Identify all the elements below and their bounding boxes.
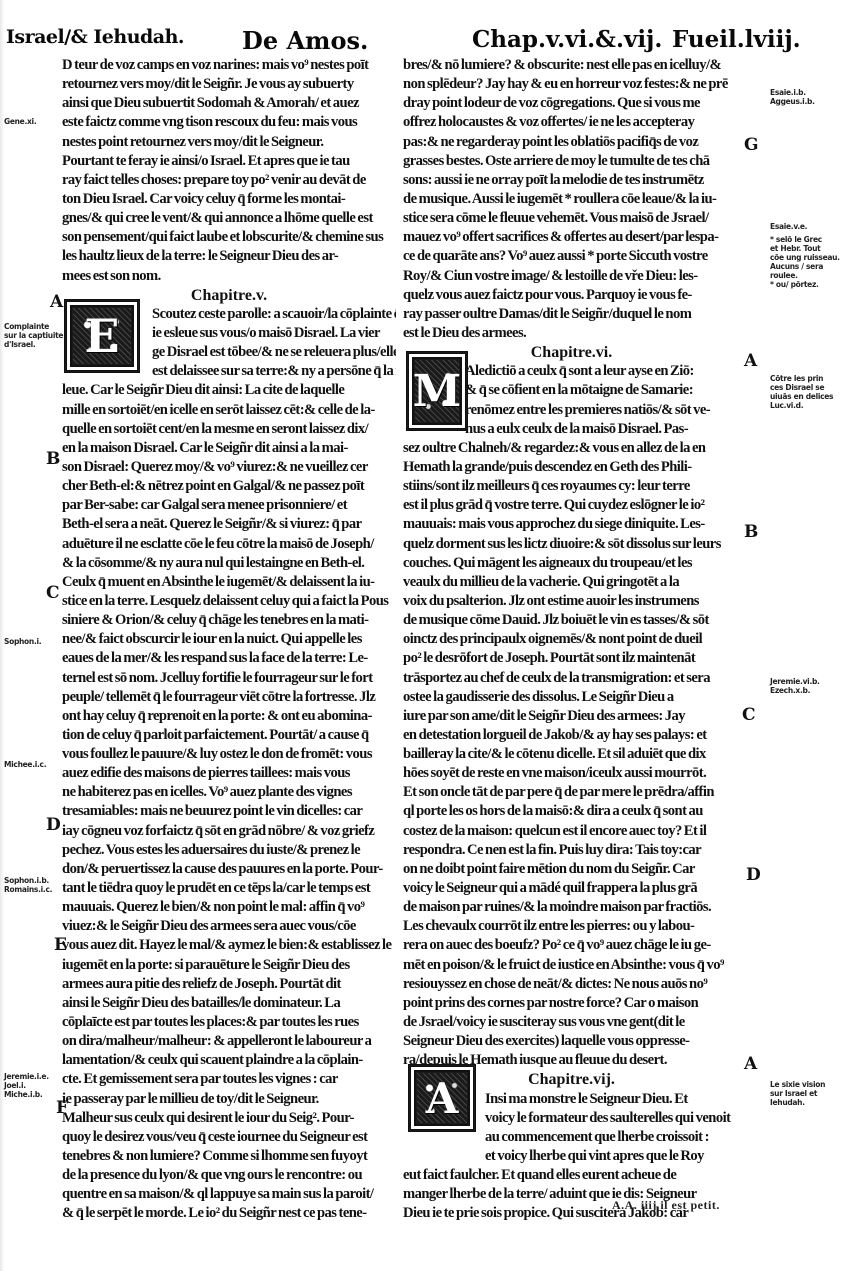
section-marker-letter: D [746,865,761,885]
text-line: ce de quarāte ans? Vo⁹ auez aussi * port… [403,247,740,266]
margin-note-right: * selō le Grec et Hebr. Tout cōe ung rui… [770,235,840,289]
text-line: de maison par ruines/& la moindre maison… [403,898,740,917]
section-marker-letter: A [50,292,63,312]
text-line: ne habiterez pas en icelles. Vo⁹ auez pl… [62,783,396,802]
section-marker-letter: E [54,935,67,955]
text-line: en detestation lorgueil de Jakob/& ay ha… [403,726,740,745]
section-marker-letter: C [46,583,60,603]
text-line: Beth-el sera a neāt. Querez le Seigñr/& … [62,515,396,534]
text-line: on ne doibt point faire mētion du nom du… [403,860,740,879]
text-line: ql porte les os hors de la maisō:& dira … [403,802,740,821]
text-line: tion de celuy q̄ parloit parfaictement. … [62,726,396,745]
text-line: pechez. Vous estes les aduersaires du iu… [62,841,396,860]
running-head-book-title: De Amos. [242,26,368,55]
text-line: sez oultre Chalneh/& regardez:& vous en … [403,439,740,458]
text-line: nee/& faict obscurcir le iour en la nuic… [62,630,396,649]
text-line: siniere & Orion/& celuy q̄ chāge les ten… [62,611,396,630]
text-line: ray faict telles choses: prepare toy po²… [62,171,396,190]
folio-number: Fueil.lviij. [672,26,801,53]
text-line: respondra. Ce nen est la fin. Puis luy d… [403,841,740,860]
book-page: Israel/& Iehudah. De Amos. Chap.v.vi.&.v… [0,0,843,1271]
text-line: este faictz comme vng tison rescoux du f… [62,113,396,132]
text-line: les haultz lieux de la terre: le Seigneu… [62,247,396,266]
drop-cap-chapter-5: E [64,299,140,373]
section-marker-letter: B [744,522,758,542]
text-line: resiouyssez en chose de neāt/& dictes: N… [403,975,740,994]
text-line: ternel est sō nom. Jcelluy fortifie le f… [62,669,396,688]
text-line: Pourtant te feray ie ainsi/o Israel. Et … [62,152,396,171]
text-line: gnes/& qui cree le vent/& qui annonce a … [62,209,396,228]
text-line: aduēture il ne esclatte cōe le feu cōtre… [62,535,396,554]
drop-cap-chapter-7: A [408,1064,476,1132]
text-line: auez edifie des maisons de pierres taill… [62,764,396,783]
text-line: retournez vers moy/dit le Seigñr. Je vou… [62,75,396,94]
running-head-left: Israel/& Iehudah. [6,26,184,48]
section-marker-letter: A [744,351,757,371]
section-marker-letter: G [744,135,759,155]
margin-note-right: Esaie.i.b. Aggeus.i.b. [770,88,815,106]
signature-catchword: A.A. iiij il est petit. [612,1198,720,1213]
text-line: quoy le desirez vous/veu q̄ ceste iourne… [62,1128,396,1147]
text-line: veaulx du millieu de la vacherie. Qui gr… [403,573,740,592]
text-line: dray point lodeur de voz cōgregations. Q… [403,94,740,113]
drop-cap-chapter-6: M [406,351,468,431]
text-line: de musique cōme Dauid. Jlz boiuēt le vin… [403,611,740,630]
text-line: hōes soyēt de reste en vne maison/iceulx… [403,764,740,783]
text-line: stice en la terre. Lesquelz delaissent c… [62,592,396,611]
left-text-column: D teur de voz camps en voz narines: mais… [62,56,396,1224]
text-line: costez de la maison: quelcun est il enco… [403,822,740,841]
text-line: viuez:& le Seigñr Dieu des armees sera a… [62,917,396,936]
text-line: nestes point retournez vers moy/dit le S… [62,133,396,152]
text-line: voix du psalterion. Jlz ont estime auoir… [403,592,740,611]
text-line: eaues de la mer/& les respand sus la fac… [62,649,396,668]
text-line: vous foullez le pauure/& luy ostez le do… [62,745,396,764]
text-line: non splēdeur? Jay hay & eu en horreur vo… [403,75,740,94]
text-line: sons: aussi ie ne orray poīt la melodie … [403,171,740,190]
section-marker-letter: F [56,1098,68,1118]
text-line: ont hay celuy q̄ reprenoit en la porte: … [62,707,396,726]
text-line: mauez vo⁹ offert sacrifices & offertes a… [403,228,740,247]
text-line: iay cōgneu voz forfaictz q̄ sōt en grād … [62,822,396,841]
drop-cap-letter: E [84,309,119,363]
text-line: offrez holocaustes & voz offertes/ ie ne… [403,113,740,132]
text-line: eut faict faulcher. Et quand elles euren… [403,1166,740,1185]
text-line: ainsi que Dieu subuertit Sodomah & Amora… [62,94,396,113]
margin-note-right: Le sixie vision sur Israel et Iehudah. [770,1080,825,1107]
text-line: de musique. Aussi le iugemēt * roullera … [403,190,740,209]
right-text-column: bres/& nō lumiere? & obscurite: nest ell… [403,56,740,1224]
text-line: peuple/ tellemēt q̄ le fourrageur viēt c… [62,688,396,707]
text-line: Et son oncle tāt de par pere q̄ de par m… [403,783,740,802]
margin-note-left: Sophon.i. [4,637,41,646]
text-line: on dira/malheur/malheur: & appelleront l… [62,1032,396,1051]
margin-note-right: Cōtre les prin ces Disrael se uiuās en d… [770,374,833,410]
text-line: & q̄ le serpēt le morde. Le io² du Seigñ… [62,1204,396,1223]
section-marker-letter: B [46,449,60,469]
text-line: quentre en sa maison/& ql lappuye sa mai… [62,1185,396,1204]
text-line: quelle en sortoiēt cent/en la mesme en s… [62,420,396,439]
section-marker-letter: A [744,1054,757,1074]
text-line: ainsi le Seigñr Dieu des batailles/le do… [62,994,396,1013]
text-line: po² le desrōfort de Joseph. Pourtāt sont… [403,649,740,668]
text-line: leue. Car le Seigñr Dieu dit ainsi: La c… [62,381,396,400]
margin-note-left: Jeremie.i.e. Joel.i. Miche.i.b. [4,1072,49,1099]
section-marker-letter: C [742,705,756,725]
text-line: Ceulx q̄ muent en Absinthe le iugemēt/& … [62,573,396,592]
text-line: cōplaīcte est par toutes les places:& pa… [62,1013,396,1032]
text-line: par Ber-sabe: car Galgal sera menee pris… [62,496,396,515]
text-line: est le Dieu des armees. [403,324,740,343]
text-line: stiins/sont ilz meilleurs q̄ ces royaume… [403,477,740,496]
margin-note-left: Michee.i.c. [4,760,46,769]
text-line: trāsportez au chef de ceulx de la transm… [403,669,740,688]
text-line: vous auez dit. Hayez le mal/& aymez le b… [62,936,396,955]
text-line: de la presence du lyon/& que vng ours le… [62,1166,396,1185]
text-line: Malheur sus ceulx qui desirent le iour d… [62,1109,396,1128]
text-line: cher Beth-el:& nētrez point en Galgal/& … [62,477,396,496]
text-line: en la maison Disrael. Car le Seigñr dit … [62,439,396,458]
text-line: de Jsrael/voicy ie susciteray sus vous v… [403,1013,740,1032]
text-line: ray passer oultre Damas/dit le Seigñr/du… [403,305,740,324]
text-line: iugemēt en la porte: si parauēture le Se… [62,956,396,975]
text-line: son pensement/qui faict laube et lobscur… [62,228,396,247]
text-line: Les chevaulx courrōt ilz entre les pierr… [403,917,740,936]
text-line: tant le tiēdra quoy le prudēt en ce tēps… [62,879,396,898]
text-line: point prins des cornes par nostre force?… [403,994,740,1013]
text-line: Hemath la grande/puis descendez en Geth … [403,458,740,477]
text-line: D teur de voz camps en voz narines: mais… [62,56,396,75]
text-line: mille en sortoiēt/en icelle en serōt lai… [62,401,396,420]
text-line: mēt en poison/& le fruict de iustice en … [403,956,740,975]
text-line: ton Dieu Israel. Car voicy celuy q̄ form… [62,190,396,209]
text-line: cte. Et gemissement sera par toutes les … [62,1070,396,1089]
text-line: son Disrael: Querez moy/& vo⁹ viurez:& n… [62,458,396,477]
text-line: pas:& ne regarderay point les oblatiōs p… [403,133,740,152]
text-line: lamentation/& ceulx qui scauent plaindre… [62,1051,396,1070]
text-line: mauuais: mais vous approchez du siege di… [403,515,740,534]
margin-note-right: Esaie.v.e. [770,222,807,231]
text-line: ostee la gaudisserie des dissolus. Le Se… [403,688,740,707]
text-line: et voicy lherbe qui vint apres que le Ro… [403,1147,740,1166]
text-line: couches. Qui māgent les aigneaux du trou… [403,554,740,573]
text-line: iure par son ame/dit le Seigñr Dieu des … [403,707,740,726]
text-line: bailleray la cite/& le cōtenu dicelle. E… [403,745,740,764]
text-line: stice sera cōme le fleuue vehemēt. Vous … [403,209,740,228]
margin-note-left: Complainte sur la captiuite d'Israel. [4,322,63,349]
text-line: tresamiables: mais ne beuurez point le v… [62,802,396,821]
text-line: don/& peruertissez la cause des pauures … [62,860,396,879]
text-line: ie passeray par le millieu de toy/dit le… [62,1090,396,1109]
margin-note-left: Sophon.i.b. Romains.i.c. [4,876,52,894]
running-head-chapters: Chap.v.vi.&.vij. [472,26,662,53]
drop-cap-letter: A [426,1074,459,1123]
text-line: grasses bestes. Oste arriere de moy le t… [403,152,740,171]
margin-note-right: Jeremie.vi.b. Ezech.x.b. [770,677,820,695]
text-line: tenebres & non lumiere? Comme si lhomme … [62,1147,396,1166]
text-line: Seigneur Dieu des exercites) laquelle vo… [403,1032,740,1051]
text-line: mauuais. Querez le bien/& non point le m… [62,898,396,917]
drop-cap-letter: M [413,366,462,417]
text-line: bres/& nō lumiere? & obscurite: nest ell… [403,56,740,75]
text-line: est il plus grād q̄ vostre terre. Qui cu… [403,496,740,515]
text-line: voicy le Seigneur qui a mādé quil frappe… [403,879,740,898]
margin-note-left: Gene.xi. [4,117,36,126]
text-line: rera on auec des boeufz? Po² ce q̄ vo⁹ a… [403,936,740,955]
text-line: mees est son nom. [62,267,396,286]
text-line: Roy/& Ciun vostre image/ & lestoille de … [403,267,740,286]
text-line: quelz vous auez faictz pour vous. Parquo… [403,286,740,305]
text-line: armees aura pitie des reliefz de Joseph.… [62,975,396,994]
text-line: oinctz des principaulx oignemēs/& nont p… [403,630,740,649]
text-line: & la cōsomme/& ny aura nul qui lestaingn… [62,554,396,573]
text-line: quelz dorment sus les lictz diuoire:& sō… [403,535,740,554]
section-marker-letter: D [46,815,61,835]
